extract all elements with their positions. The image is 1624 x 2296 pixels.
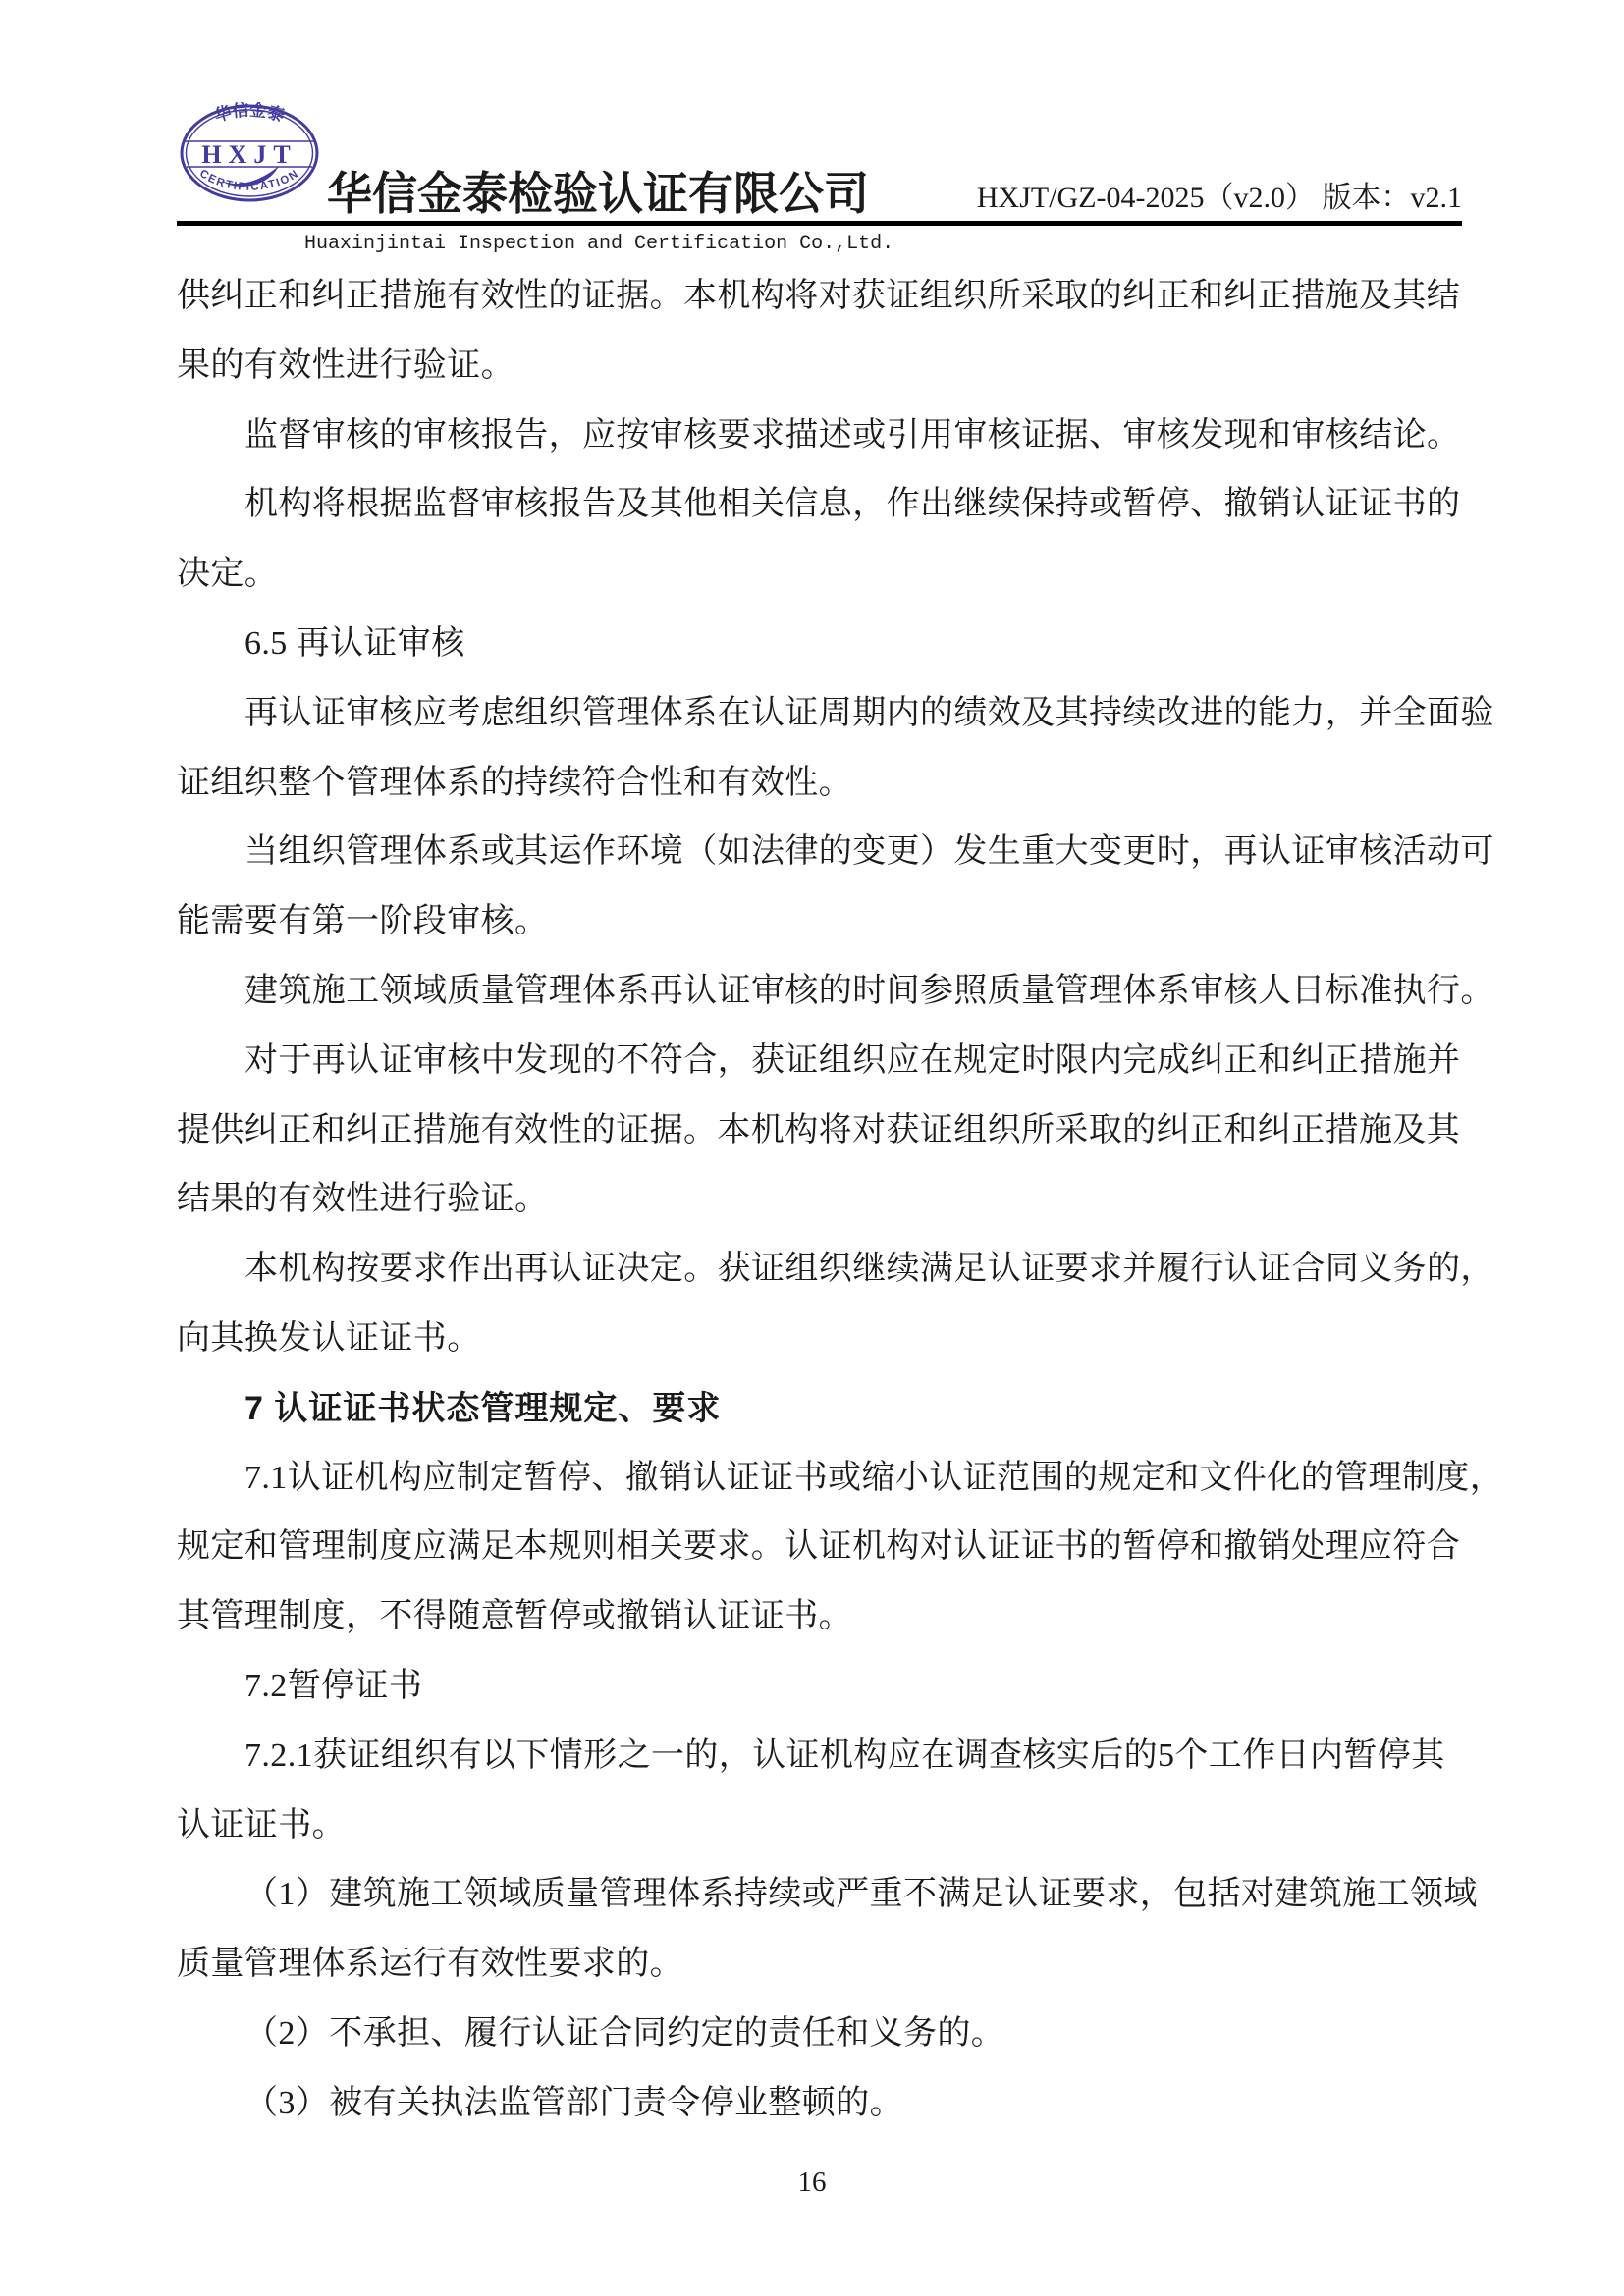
document-page: 华信金泰 HXJT CERTIFICATION 华信金泰检验认证有限公司 HXJ… <box>0 0 1624 2296</box>
text-line: 果的有效性进行验证。 <box>177 332 1467 401</box>
text-line: 认证证书。 <box>177 1791 1467 1861</box>
text-line: 7 认证证书状态管理规定、要求 <box>177 1374 1467 1444</box>
text-line: 供纠正和纠正措施有效性的证据。本机构将对获证组织所采取的纠正和纠正措施及其结 <box>177 262 1467 332</box>
document-body: 供纠正和纠正措施有效性的证据。本机构将对获证组织所采取的纠正和纠正措施及其结果的… <box>177 262 1467 2139</box>
text-line: 6.5 再认证审核 <box>177 610 1467 679</box>
header-rule <box>177 221 1462 226</box>
text-line: 证组织整个管理体系的持续符合性和有效性。 <box>177 749 1467 819</box>
company-name-en: Huaxinjintai Inspection and Certificatio… <box>304 232 878 257</box>
text-line: 再认证审核应考虑组织管理体系在认证周期内的绩效及其持续改进的能力，并全面验 <box>177 679 1467 749</box>
page-number: 16 <box>0 2165 1624 2199</box>
doc-reference: HXJT/GZ-04-2025（v2.0） 版本：v2.1 <box>977 181 1462 216</box>
logo-certification-text: CERTIFICATION <box>197 168 301 193</box>
text-line: 向其换发认证证书。 <box>177 1305 1467 1374</box>
text-line: 规定和管理制度应满足本规则相关要求。认证机构对认证证书的暂停和撤销处理应符合 <box>177 1513 1467 1582</box>
text-line: 当组织管理体系或其运作环境（如法律的变更）发生重大变更时，再认证审核活动可 <box>177 818 1467 887</box>
text-line: 决定。 <box>177 540 1467 610</box>
text-line: 7.1认证机构应制定暂停、撤销认证证书或缩小认证范围的规定和文件化的管理制度， <box>177 1444 1467 1514</box>
text-line: 其管理制度，不得随意暂停或撤销认证证书。 <box>177 1582 1467 1652</box>
text-line: 7.2暂停证书 <box>177 1652 1467 1722</box>
logo-abbr-text: HXJT <box>201 140 297 169</box>
text-line: 7.2.1获证组织有以下情形之一的，认证机构应在调查核实后的5个工作日内暂停其 <box>177 1722 1467 1791</box>
text-line: （2）不承担、履行认证合同约定的责任和义务的。 <box>177 2000 1467 2069</box>
text-line: 提供纠正和纠正措施有效性的证据。本机构将对获证组织所采取的纠正和纠正措施及其 <box>177 1096 1467 1166</box>
text-line: 能需要有第一阶段审核。 <box>177 887 1467 957</box>
text-line: （3）被有关执法监管部门责令停业整顿的。 <box>177 2069 1467 2139</box>
text-line: 质量管理体系运行有效性要求的。 <box>177 1930 1467 2000</box>
text-line: 监督审核的审核报告，应按审核要求描述或引用审核证据、审核发现和审核结论。 <box>177 401 1467 471</box>
company-name-cn: 华信金泰检验认证有限公司 <box>327 169 857 220</box>
text-line: 本机构按要求作出再认证决定。获证组织继续满足认证要求并履行认证合同义务的， <box>177 1235 1467 1305</box>
text-line: 机构将根据监督审核报告及其他相关信息，作出继续保持或暂停、撤销认证证书的 <box>177 470 1467 540</box>
text-line: （1）建筑施工领域质量管理体系持续或严重不满足认证要求，包括对建筑施工领域 <box>177 1860 1467 1930</box>
text-line: 结果的有效性进行验证。 <box>177 1165 1467 1235</box>
company-logo: 华信金泰 HXJT CERTIFICATION <box>178 102 321 204</box>
text-line: 建筑施工领域质量管理体系再认证审核的时间参照质量管理体系审核人日标准执行。 <box>177 957 1467 1027</box>
text-line: 对于再认证审核中发现的不符合，获证组织应在规定时限内完成纠正和纠正措施并 <box>177 1027 1467 1096</box>
